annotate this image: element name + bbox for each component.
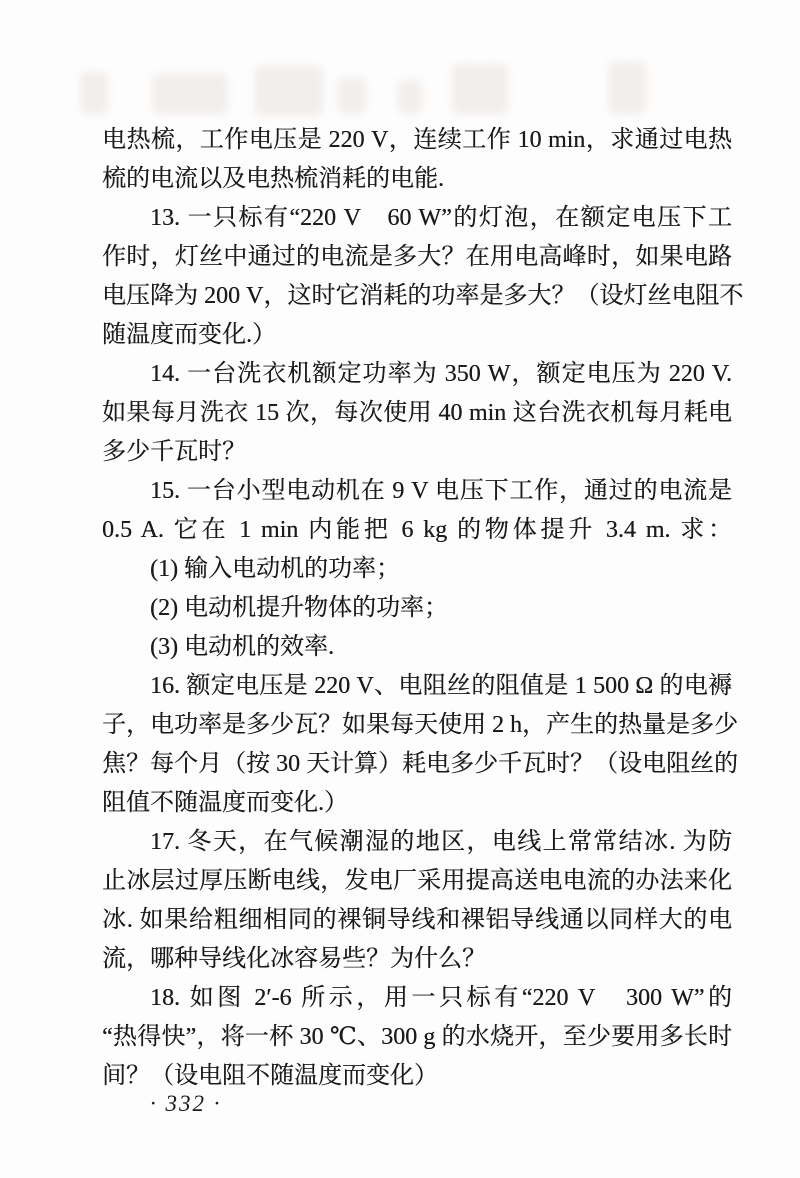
text-line: 止冰层过厚压断电线，发电厂采用提高送电电流的办法来化 xyxy=(102,862,732,901)
bleed-through-mark xyxy=(80,72,108,114)
text-line: 电热梳，工作电压是 220 V，连续工作 10 min，求通过电热 xyxy=(102,121,732,160)
text-line: 18. 如图 2′-6 所示，用一只标有“220 V 300 W”的 xyxy=(102,979,732,1018)
text-line: 梳的电流以及电热梳消耗的电能. xyxy=(102,160,732,199)
text-line: 13. 一只标有“220 V 60 W”的灯泡，在额定电压下工 xyxy=(102,199,732,238)
text-line: 14. 一台洗衣机额定功率为 350 W，额定电压为 220 V. xyxy=(102,355,732,394)
page-number: · 332 · xyxy=(150,1089,222,1119)
bleed-through-mark xyxy=(608,62,646,114)
problem-14: 14. 一台洗衣机额定功率为 350 W，额定电压为 220 V. 如果每月洗衣… xyxy=(102,355,732,472)
text-line: 冰. 如果给粗细相同的裸铜导线和裸铝导线通以同样大的电 xyxy=(102,901,732,940)
problem-16: 16. 额定电压是 220 V、电阻丝的阻值是 1 500 Ω 的电褥 子，电功… xyxy=(102,667,732,823)
text-line: 16. 额定电压是 220 V、电阻丝的阻值是 1 500 Ω 的电褥 xyxy=(102,667,732,706)
text-line: 15. 一台小型电动机在 9 V 电压下工作，通过的电流是 xyxy=(102,472,732,511)
text-line: 0.5 A. 它在 1 min 内能把 6 kg 的物体提升 3.4 m. 求： xyxy=(102,511,732,550)
bleed-through-mark xyxy=(152,74,228,114)
text-line: 作时，灯丝中通过的电流是多大？在用电高峰时，如果电路 xyxy=(102,238,732,277)
text-line: 阻值不随温度而变化.） xyxy=(102,784,732,823)
book-page: 电热梳，工作电压是 220 V，连续工作 10 min，求通过电热 梳的电流以及… xyxy=(0,0,800,1178)
problem-15: 15. 一台小型电动机在 9 V 电压下工作，通过的电流是 0.5 A. 它在 … xyxy=(102,472,732,667)
text-line: 多少千瓦时？ xyxy=(102,433,732,472)
problem-18: 18. 如图 2′-6 所示，用一只标有“220 V 300 W”的 “热得快”… xyxy=(102,979,732,1096)
text-line: 流，哪种导线化冰容易些？为什么？ xyxy=(102,940,732,979)
bleed-through-mark xyxy=(398,80,422,114)
text-line: 17. 冬天，在气候潮湿的地区，电线上常常结冰. 为防 xyxy=(102,823,732,862)
text-line: “热得快”，将一杯 30 ℃、300 g 的水烧开，至少要用多长时 xyxy=(102,1018,732,1057)
list-item: (1) 输入电动机的功率； xyxy=(102,550,732,589)
problem-13: 13. 一只标有“220 V 60 W”的灯泡，在额定电压下工 作时，灯丝中通过… xyxy=(102,199,732,355)
text-line: 随温度而变化.） xyxy=(102,316,732,355)
problem-17: 17. 冬天，在气候潮湿的地区，电线上常常结冰. 为防 止冰层过厚压断电线，发电… xyxy=(102,823,732,979)
list-item: (2) 电动机提升物体的功率； xyxy=(102,589,732,628)
text-block: 电热梳，工作电压是 220 V，连续工作 10 min，求通过电热 梳的电流以及… xyxy=(102,121,732,1096)
bleed-through-mark xyxy=(338,78,366,114)
problem-12-continuation: 电热梳，工作电压是 220 V，连续工作 10 min，求通过电热 梳的电流以及… xyxy=(102,121,732,199)
text-line: 如果每月洗衣 15 次，每次使用 40 min 这台洗衣机每月耗电 xyxy=(102,394,732,433)
bleed-through-mark xyxy=(452,64,508,114)
text-line: 电压降为 200 V，这时它消耗的功率是多大？（设灯丝电阻不 xyxy=(102,277,732,316)
bleed-through-mark xyxy=(255,66,323,116)
text-line: 焦？每个月（按 30 天计算）耗电多少千瓦时？（设电阻丝的 xyxy=(102,745,732,784)
list-item: (3) 电动机的效率. xyxy=(102,628,732,667)
text-line: 子，电功率是多少瓦？如果每天使用 2 h，产生的热量是多少 xyxy=(102,706,732,745)
